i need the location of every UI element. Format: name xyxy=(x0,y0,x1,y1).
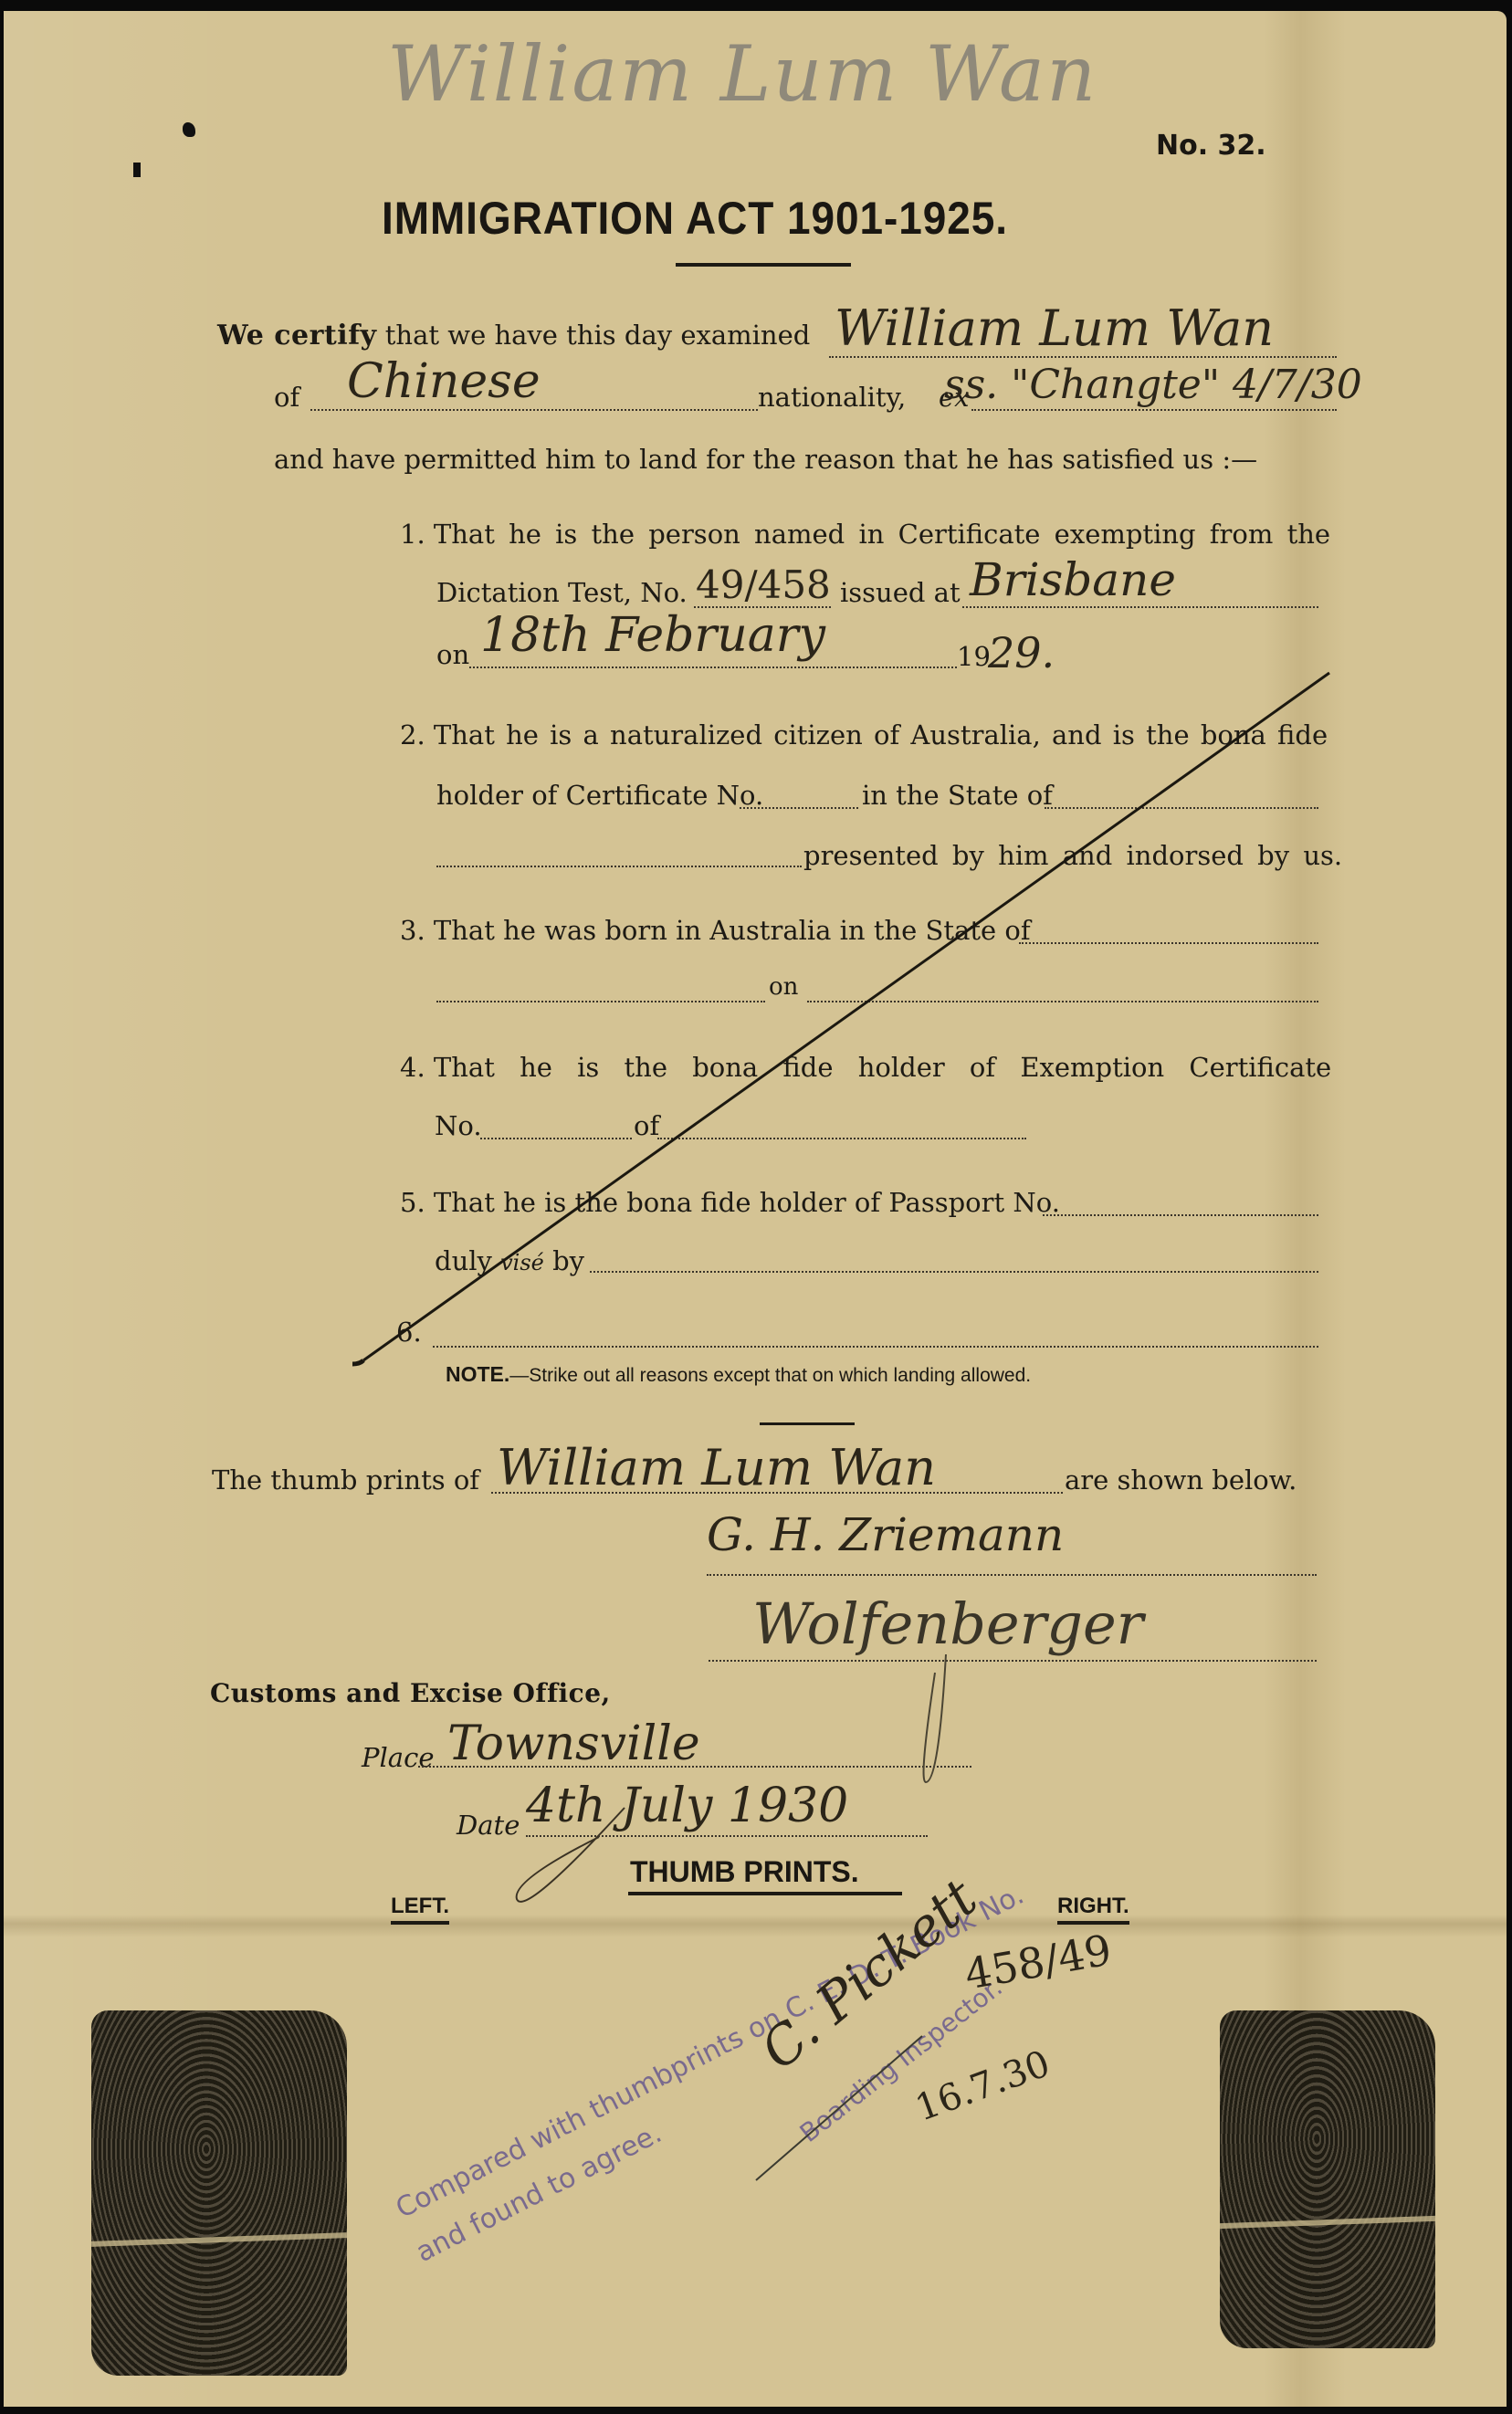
immigration-certificate-page: William Lum Wan No. 32. IMMIGRATION ACT … xyxy=(4,11,1507,2407)
strike-out-diagonal-line xyxy=(4,11,1507,2407)
